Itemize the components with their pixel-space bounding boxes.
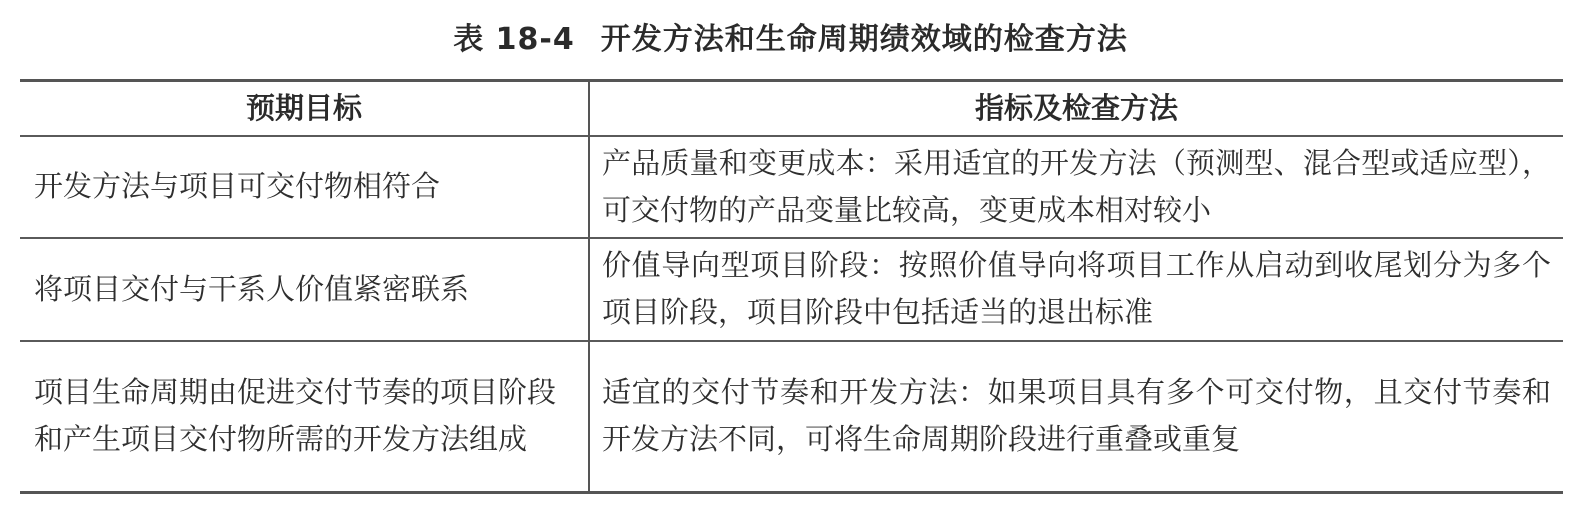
method-cell: 价值导向型项目阶段：按照价值导向将项目工作从启动到收尾划分为多个项目阶段，项目阶… <box>589 238 1563 341</box>
goal-cell: 将项目交付与干系人价值紧密联系 <box>20 238 589 341</box>
table-number: 表 18-4 <box>453 22 575 57</box>
goal-cell: 项目生命周期由促进交付节奏的项目阶段和产生项目交付物所需的开发方法组成 <box>20 341 589 493</box>
method-cell: 适宜的交付节奏和开发方法：如果项目具有多个可交付物，且交付节奏和开发方法不同，可… <box>589 341 1563 493</box>
goal-cell: 开发方法与项目可交付物相符合 <box>20 136 589 238</box>
header-indicator-method: 指标及检查方法 <box>589 81 1563 136</box>
table-title: 开发方法和生命周期绩效域的检查方法 <box>601 22 1128 57</box>
inspection-methods-table: 预期目标 指标及检查方法 开发方法与项目可交付物相符合 产品质量和变更成本：采用… <box>20 79 1563 494</box>
header-row: 预期目标 指标及检查方法 <box>20 81 1563 136</box>
table-body: 开发方法与项目可交付物相符合 产品质量和变更成本：采用适宜的开发方法（预测型、混… <box>20 136 1563 493</box>
table-row: 项目生命周期由促进交付节奏的项目阶段和产生项目交付物所需的开发方法组成 适宜的交… <box>20 341 1563 493</box>
header-expected-goal: 预期目标 <box>20 81 589 136</box>
table-header: 预期目标 指标及检查方法 <box>20 81 1563 136</box>
method-cell: 产品质量和变更成本：采用适宜的开发方法（预测型、混合型或适应型），可交付物的产品… <box>589 136 1563 238</box>
table-row: 开发方法与项目可交付物相符合 产品质量和变更成本：采用适宜的开发方法（预测型、混… <box>20 136 1563 238</box>
table-row: 将项目交付与干系人价值紧密联系 价值导向型项目阶段：按照价值导向将项目工作从启动… <box>20 238 1563 341</box>
table-caption: 表 18-4开发方法和生命周期绩效域的检查方法 <box>0 14 1581 58</box>
